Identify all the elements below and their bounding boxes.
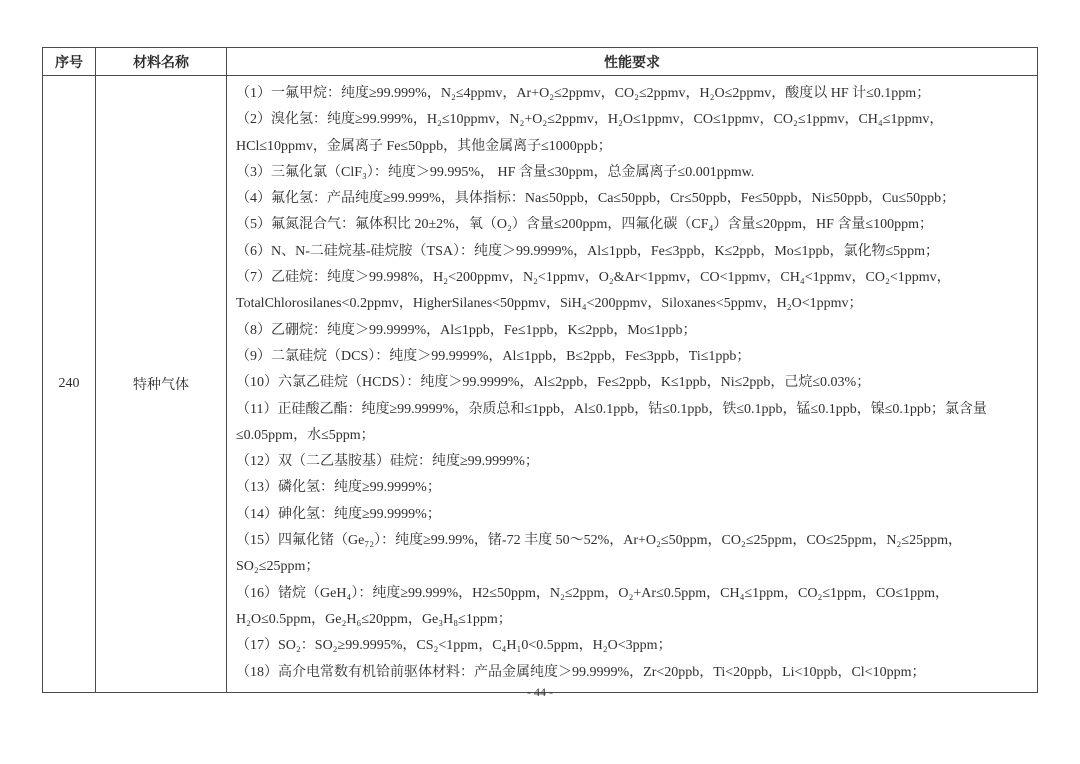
requirement-item: （16）锗烷（GeH₄）：纯度≥99.999%，H2≤50ppm，N₂≤2ppm… xyxy=(236,581,1027,634)
table-row: 240 特种气体 （1）一氟甲烷：纯度≥99.999%，N₂≤4ppmv，Ar+… xyxy=(43,76,1037,692)
requirement-item: （12）双（二乙基胺基）硅烷：纯度≥99.9999%； xyxy=(236,449,1027,475)
requirement-item: （14）砷化氢：纯度≥99.9999%； xyxy=(236,502,1027,528)
page-number: - 44 - xyxy=(0,685,1080,700)
requirement-item: （11）正硅酸乙酯：纯度≥99.9999%，杂质总和≤1ppb，Al≤0.1pp… xyxy=(236,397,1027,450)
requirement-item: （15）四氟化锗（Ge₇₂）：纯度≥99.99%，锗-72 丰度 50～52%，… xyxy=(236,528,1027,581)
document-page: { "table": { "headers": { "serial": "序号"… xyxy=(0,0,1080,764)
requirement-item: （1）一氟甲烷：纯度≥99.999%，N₂≤4ppmv，Ar+O₂≤2ppmv，… xyxy=(236,81,1027,107)
cell-material-name: 特种气体 xyxy=(96,76,227,692)
requirement-item: （9）二氯硅烷（DCS）：纯度＞99.9999%，Al≤1ppb，B≤2ppb，… xyxy=(236,344,1027,370)
requirement-item: （2）溴化氢：纯度≥99.999%，H₂≤10ppmv，N₂+O₂≤2ppmv，… xyxy=(236,107,1027,160)
materials-spec-table: 序号 材料名称 性能要求 240 特种气体 （1）一氟甲烷：纯度≥99.999%… xyxy=(42,47,1038,693)
requirement-item: （13）磷化氢：纯度≥99.9999%； xyxy=(236,475,1027,501)
requirement-item: （3）三氟化氯（ClF₃）：纯度＞99.995%， HF 含量≤30ppm，总金… xyxy=(236,160,1027,186)
requirement-item: （8）乙硼烷：纯度＞99.9999%，Al≤1ppb，Fe≤1ppb，K≤2pp… xyxy=(236,318,1027,344)
cell-performance-requirements: （1）一氟甲烷：纯度≥99.999%，N₂≤4ppmv，Ar+O₂≤2ppmv，… xyxy=(227,76,1037,692)
header-serial-no: 序号 xyxy=(43,48,96,75)
requirement-item: （4）氟化氢：产品纯度≥99.999%，具体指标：Na≤50ppb，Ca≤50p… xyxy=(236,186,1027,212)
cell-serial-no: 240 xyxy=(43,76,96,692)
header-material-name: 材料名称 xyxy=(96,48,227,75)
requirement-item: （6）N、N-二硅烷基-硅烷胺（TSA）：纯度＞99.9999%，Al≤1ppb… xyxy=(236,239,1027,265)
requirement-item: （18）高介电常数有机铪前驱体材料：产品金属纯度＞99.9999%，Zr<20p… xyxy=(236,660,1027,686)
requirement-item: （7）乙硅烷：纯度＞99.998%，H₂<200ppmv，N₂<1ppmv，O₂… xyxy=(236,265,1027,318)
header-performance-requirements: 性能要求 xyxy=(227,48,1037,75)
requirement-item: （17）SO₂：SO₂≥99.9995%，CS₂<1ppm，C₄H₁0<0.5p… xyxy=(236,633,1027,659)
table-header-row: 序号 材料名称 性能要求 xyxy=(43,48,1037,76)
requirement-item: （5）氟氮混合气：氟体积比 20±2%，氧（O₂）含量≤200ppm，四氟化碳（… xyxy=(236,212,1027,238)
requirement-item: （10）六氯乙硅烷（HCDS）：纯度＞99.9999%，Al≤2ppb，Fe≤2… xyxy=(236,370,1027,396)
